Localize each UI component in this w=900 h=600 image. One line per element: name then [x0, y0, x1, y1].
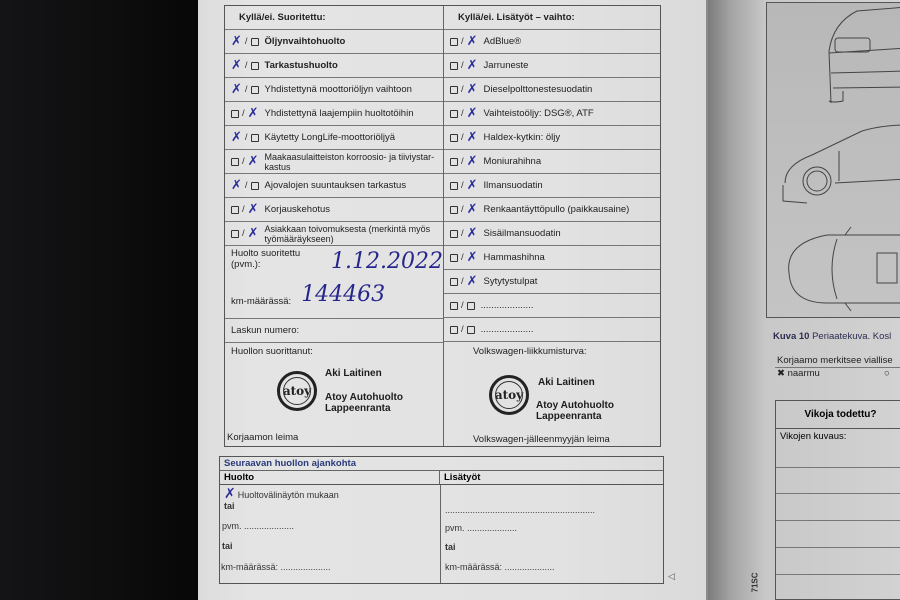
checklist-item[interactable]: ✗/Ajovalojen suuntauksen tarkastus: [225, 174, 443, 198]
checkbox-yes[interactable]: [450, 230, 458, 238]
stamp-name-dealer: Aki Laitinen: [538, 377, 595, 388]
separator: /: [461, 60, 464, 71]
dark-background: [0, 0, 200, 600]
separator: /: [461, 276, 464, 287]
next-service-table: Seuraavan huollon ajankohta Huolto Lisät…: [219, 456, 664, 584]
checklist-item[interactable]: ✗/Yhdistettynä moottoriöljyn vaihtoon: [225, 78, 443, 102]
extra-work-item[interactable]: /✗Haldex-kytkin: öljy: [444, 126, 660, 150]
or-label: tai: [224, 501, 235, 511]
atoy-logo-icon: atoy: [277, 371, 317, 411]
checkbox-yes[interactable]: [231, 110, 239, 118]
next-service-title: Seuraavan huollon ajankohta: [220, 457, 663, 471]
form-code: 71SC: [751, 572, 760, 592]
separator: /: [461, 204, 464, 215]
checklist-item-label: Tarkastushuolto: [265, 60, 338, 71]
extra-work-item-label: AdBlue®: [484, 36, 522, 47]
extra-date-field[interactable]: pvm. ....................: [445, 523, 517, 533]
interval-option[interactable]: ✗Huoltovälinäytön mukaan: [224, 486, 339, 502]
checkbox-yes[interactable]: [450, 326, 458, 334]
checklist-item[interactable]: ✗/Tarkastushuolto: [225, 54, 443, 78]
defects-line: [776, 520, 900, 521]
performed-by-label: Huollon suorittanut:: [231, 346, 313, 357]
checklist-item-label: Ajovalojen suuntauksen tarkastus: [265, 180, 407, 191]
separator: /: [461, 300, 464, 311]
extra-work-item-label: Moniurahihna: [484, 156, 542, 167]
check-mark-icon[interactable]: ✗: [467, 226, 478, 241]
workshop-note: Korjaamo merkitsee viallise: [777, 355, 893, 366]
check-mark-icon[interactable]: ✗: [467, 34, 478, 49]
next-service-divider: [440, 485, 441, 583]
invoice-label: Laskun numero:: [225, 325, 299, 336]
separator: /: [245, 84, 248, 95]
service-date-label: Huolto suoritettu (pvm.):: [225, 248, 327, 270]
legend-scratch-label: naarmu: [788, 368, 820, 379]
separator: /: [461, 132, 464, 143]
extra-work-item[interactable]: /✗Jarruneste: [444, 54, 660, 78]
atoy-logo-icon-dealer: atoy: [489, 375, 529, 415]
checkbox-yes[interactable]: [450, 182, 458, 190]
stamp-company-dealer: Atoy Autohuolto: [536, 400, 614, 411]
defects-table: Vikoja todettu? Vikojen kuvaus:: [775, 400, 900, 600]
separator: /: [242, 156, 245, 167]
extra-work-item-label: Sisäilmansuodatin: [484, 228, 561, 239]
extra-work-item-label: Dieselpolttonestesuodatin: [484, 84, 593, 95]
checklist-item-label: Yhdistettynä moottoriöljyn vaihtoon: [265, 84, 412, 95]
check-mark-icon[interactable]: ✗: [248, 106, 259, 121]
separator: /: [242, 204, 245, 215]
checkbox-yes[interactable]: [450, 134, 458, 142]
defects-line: [776, 493, 900, 494]
checklist-item[interactable]: /✗Yhdistettynä laajempiin huoltotöihin: [225, 102, 443, 126]
extra-work-item-label: ....................: [481, 300, 534, 311]
car-outline-icon: [767, 3, 900, 317]
check-mark-icon[interactable]: ✗: [467, 82, 478, 97]
separator: /: [461, 180, 464, 191]
check-mark-icon[interactable]: ✗: [467, 250, 478, 265]
extra-work-item-label: ....................: [481, 324, 534, 335]
checkbox-yes[interactable]: [231, 206, 239, 214]
extra-work-item[interactable]: /✗Hammashihna: [444, 246, 660, 270]
extra-work-item[interactable]: /....................: [444, 318, 660, 342]
extra-work-item[interactable]: /✗Ilmansuodatin: [444, 174, 660, 198]
stamp-name: Aki Laitinen: [325, 368, 382, 379]
check-mark-icon[interactable]: ✗: [248, 226, 259, 241]
extra-work-item[interactable]: /....................: [444, 294, 660, 318]
checklist-item-label: Yhdistettynä laajempiin huoltotöihin: [265, 108, 414, 119]
or-label-2: tai: [222, 541, 233, 551]
check-mark-icon[interactable]: ✗: [248, 202, 259, 217]
extra-work-field[interactable]: ........................................…: [445, 505, 595, 515]
check-mark-icon[interactable]: ✗: [467, 58, 478, 73]
extra-work-item[interactable]: /✗Sisäilmansuodatin: [444, 222, 660, 246]
checkbox-yes[interactable]: [231, 230, 239, 238]
checkbox-yes[interactable]: [450, 278, 458, 286]
stamp-city-dealer: Lappeenranta: [536, 411, 602, 422]
checklist-item-label: Maakaasulaitteiston korroosio- ja tiiviy…: [265, 152, 435, 172]
checkbox-yes[interactable]: [450, 302, 458, 310]
checkbox-no[interactable]: [467, 326, 475, 334]
left-column-header: Kyllä/ei. Suoritettu:: [225, 6, 443, 30]
separator: /: [242, 108, 245, 119]
checklist-item-label: Käytetty LongLife-moottoriöljyä: [265, 132, 395, 143]
next-date-field[interactable]: pvm. ....................: [222, 521, 294, 531]
checklist-item-label: Öljynvaihtohuolto: [265, 36, 346, 47]
separator: /: [245, 60, 248, 71]
defects-line: [776, 467, 900, 468]
checkbox-no[interactable]: [467, 302, 475, 310]
figure-caption-number: Kuva 10: [773, 331, 809, 342]
defects-line: [776, 547, 900, 548]
extra-work-item-label: Vaihteistoöljy: DSG®, ATF: [484, 108, 594, 119]
figure-caption: Periaatekuva. Kosl: [812, 331, 891, 342]
check-mark-icon[interactable]: ✗: [467, 106, 478, 121]
checkbox-yes[interactable]: [450, 38, 458, 46]
next-service-col-lisatyot: Lisätyöt: [440, 471, 663, 485]
checklist-item-label: Asiakkaan toivomuksesta (merkintä myös t…: [265, 224, 435, 244]
circle-legend-icon: ○: [884, 368, 890, 379]
extra-work-item[interactable]: /✗Vaihteistoöljy: DSG®, ATF: [444, 102, 660, 126]
extra-work-item[interactable]: /✗Renkaantäyttöpullo (paikkausaine): [444, 198, 660, 222]
separator: /: [461, 108, 464, 119]
separator: /: [245, 36, 248, 47]
separator: /: [461, 84, 464, 95]
extra-work-item[interactable]: /✗Dieselpolttonestesuodatin: [444, 78, 660, 102]
checkbox-no[interactable]: [251, 182, 259, 190]
next-km-field[interactable]: km-määrässä: ....................: [221, 562, 331, 572]
defects-description-label: Vikojen kuvaus:: [780, 431, 846, 442]
check-mark-icon[interactable]: ✗: [467, 178, 478, 193]
checkbox-yes[interactable]: [450, 158, 458, 166]
checkbox-yes[interactable]: [450, 62, 458, 70]
extra-work-item-label: Ilmansuodatin: [484, 180, 543, 191]
legend-scratch: ✖ naarmu: [777, 368, 820, 379]
checkbox-yes[interactable]: [450, 254, 458, 262]
extra-work-item-label: Renkaantäyttöpullo (paikkausaine): [484, 204, 630, 215]
dealer-stamp-caption: Volkswagen-jälleenmyyjän leima: [473, 434, 610, 445]
extra-work-item-label: Jarruneste: [484, 60, 529, 71]
separator: /: [461, 156, 464, 167]
checkbox-no[interactable]: [251, 38, 259, 46]
checklist-item[interactable]: /✗Asiakkaan toivomuksesta (merkintä myös…: [225, 222, 443, 246]
service-date-row: Huolto suoritettu (pvm.): 1.12.2022: [225, 246, 443, 271]
extra-work-item[interactable]: /✗Moniurahihna: [444, 150, 660, 174]
invoice-row: Laskun numero:: [225, 319, 443, 343]
check-mark-icon[interactable]: ✗: [248, 154, 259, 169]
check-mark-icon[interactable]: ✗: [467, 202, 478, 217]
workshop-stamp-caption: Korjaamon leima: [227, 432, 298, 443]
separator: /: [461, 36, 464, 47]
interval-label: Huoltovälinäytön mukaan: [238, 490, 339, 500]
separator: /: [461, 252, 464, 263]
km-value[interactable]: 144463: [301, 282, 385, 307]
check-mark-icon[interactable]: ✗: [467, 274, 478, 289]
next-service-col-huolto: Huolto: [220, 471, 440, 485]
check-mark-icon[interactable]: ✗: [231, 178, 242, 193]
car-diagram-panel: [766, 2, 900, 318]
checkbox-no[interactable]: [251, 86, 259, 94]
checkbox-no[interactable]: [251, 62, 259, 70]
km-row: km-määrässä: 144463: [225, 271, 443, 319]
extra-work-item-label: Hammashihna: [484, 252, 545, 263]
km-label: km-määrässä:: [225, 296, 291, 307]
check-mark-icon[interactable]: ✗: [231, 130, 242, 145]
extra-work-item[interactable]: /✗AdBlue®: [444, 30, 660, 54]
mobility-label: Volkswagen-liikkumisturva:: [473, 346, 587, 357]
check-mark-icon[interactable]: ✗: [467, 130, 478, 145]
check-mark-icon: ✗: [224, 486, 236, 502]
extra-work-item-label: Sytytystulpat: [484, 276, 538, 287]
separator: /: [242, 228, 245, 239]
checklist-item[interactable]: /✗Maakaasulaitteiston korroosio- ja tiiv…: [225, 150, 443, 174]
checkbox-yes[interactable]: [450, 86, 458, 94]
check-mark-icon[interactable]: ✗: [467, 154, 478, 169]
stamp-city: Lappeenranta: [325, 403, 391, 414]
stamp-company: Atoy Autohuolto: [325, 392, 403, 403]
extra-work-item[interactable]: /✗Sytytystulpat: [444, 270, 660, 294]
service-record-table: Kyllä/ei. Suoritettu: Kyllä/ei. Lisätyöt…: [224, 5, 661, 447]
checklist-item[interactable]: ✗/Käytetty LongLife-moottoriöljyä: [225, 126, 443, 150]
checklist-item[interactable]: /✗Korjauskehotus: [225, 198, 443, 222]
check-mark-icon[interactable]: ✗: [231, 58, 242, 73]
continue-arrow-icon: ◁: [668, 571, 675, 582]
extra-km-field[interactable]: km-määrässä: ....................: [445, 562, 555, 572]
check-mark-icon[interactable]: ✗: [231, 34, 242, 49]
extra-work-item-label: Haldex-kytkin: öljy: [484, 132, 561, 143]
separator: /: [461, 228, 464, 239]
checkbox-yes[interactable]: [450, 206, 458, 214]
defects-header: Vikoja todettu?: [776, 401, 900, 429]
checkbox-yes[interactable]: [231, 158, 239, 166]
checklist-item[interactable]: ✗/Öljynvaihtohuolto: [225, 30, 443, 54]
cross-icon: ✖: [777, 368, 785, 379]
defects-line: [776, 574, 900, 575]
right-column-header: Kyllä/ei. Lisätyöt – vaihto:: [444, 6, 660, 30]
check-mark-icon[interactable]: ✗: [231, 82, 242, 97]
extra-or-label: tai: [445, 542, 456, 552]
checkbox-yes[interactable]: [450, 110, 458, 118]
separator: /: [245, 180, 248, 191]
checklist-item-label: Korjauskehotus: [265, 204, 330, 215]
separator: /: [461, 324, 464, 335]
separator: /: [245, 132, 248, 143]
checkbox-no[interactable]: [251, 134, 259, 142]
